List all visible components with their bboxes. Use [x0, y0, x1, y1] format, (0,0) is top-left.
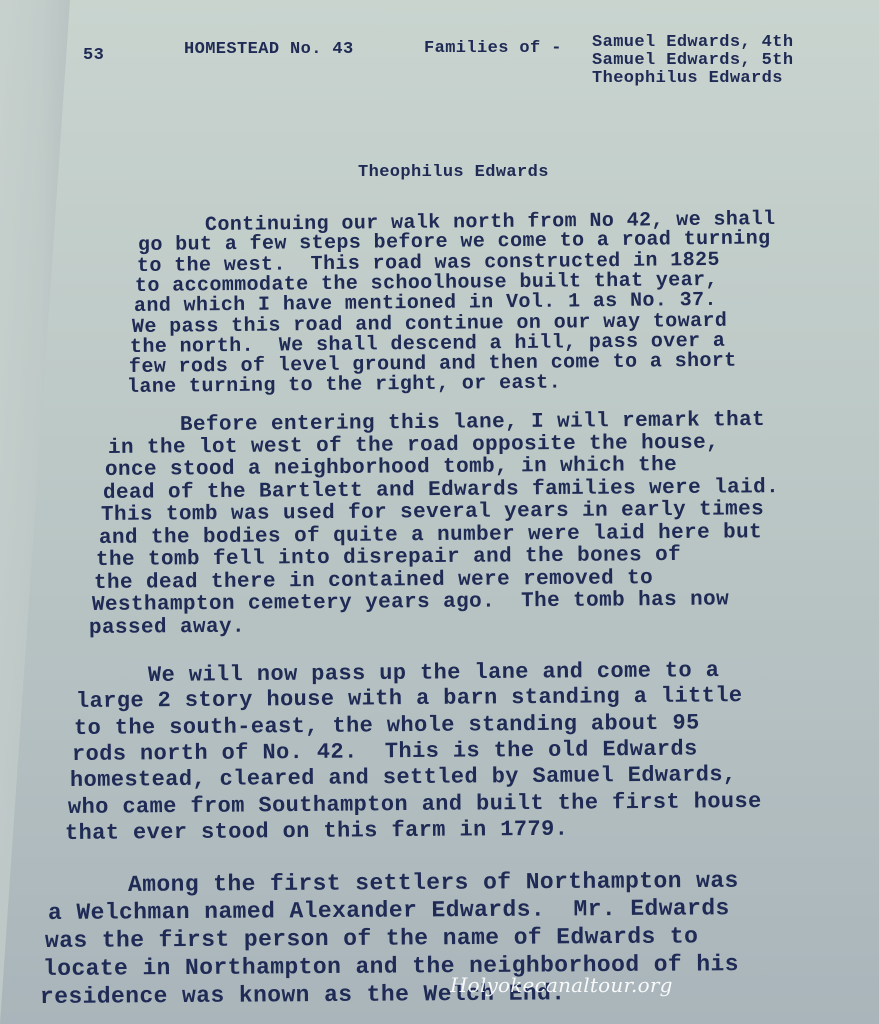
text-line: Among the first settlers of Northampton … [128, 868, 739, 898]
page-number: 53 [83, 46, 104, 65]
text-line: large 2 story house with a barn standing… [76, 683, 743, 714]
families-label: Families of - [424, 39, 562, 58]
family-name: Samuel Edwards, 5th [592, 51, 793, 70]
homestead-heading: HOMESTEAD No. 43 [184, 40, 354, 59]
text-line: Westhampton cemetery years ago. The tomb… [91, 588, 728, 617]
text-line: passed away. [89, 615, 245, 639]
text-line: rods north of No. 42. This is the old Ed… [72, 736, 698, 766]
text-line: a Welchman named Alexander Edwards. Mr. … [47, 895, 729, 926]
family-name: Samuel Edwards, 4th [592, 33, 793, 52]
text-line: to the south-east, the whole standing ab… [74, 710, 700, 740]
text-line: lane turning to the right, or east. [127, 372, 561, 400]
text-line: who came from Southampton and built the … [67, 788, 761, 819]
text-line: that ever stood on this farm in 1779. [65, 816, 568, 845]
text-line: homestead, cleared and settled by Samuel… [69, 762, 736, 793]
section-title: Theophilus Edwards [358, 163, 549, 182]
text-line: was the first person of the name of Edwa… [45, 923, 698, 954]
family-name: Theophilus Edwards [592, 69, 783, 88]
watermark: Holyokecanaltour.org [450, 973, 673, 997]
typewritten-page: 53 HOMESTEAD No. 43 Families of - Samuel… [0, 0, 879, 1024]
